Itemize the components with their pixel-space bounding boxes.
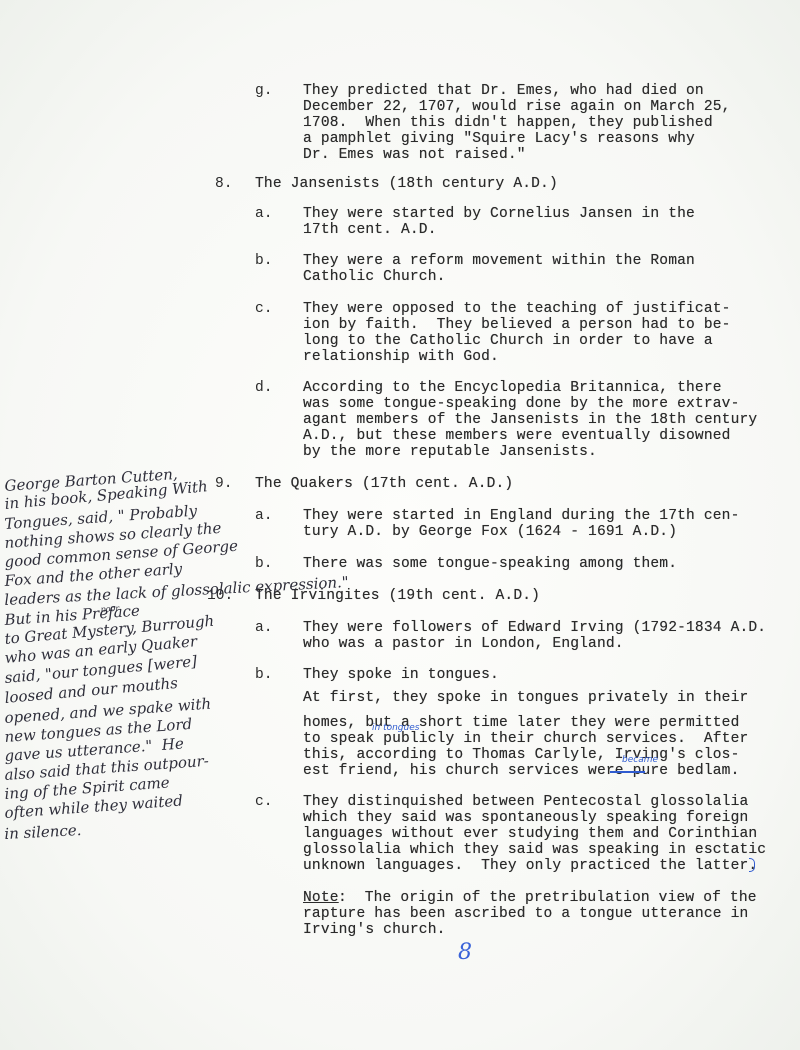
- quakers-b-line-1: There was some tongue-speaking among the…: [303, 556, 677, 572]
- jansenists-d-line-2: was some tongue-speaking done by the mor…: [303, 396, 739, 412]
- irvingites-c-line-2: which they said was spontaneously speaki…: [303, 810, 748, 826]
- item-marker: b.: [255, 667, 273, 683]
- jansenists-c-line-3: long to the Catholic Church in order to …: [303, 333, 713, 349]
- irvingites-para-line-1: At first, they spoke in tongues privatel…: [303, 690, 748, 706]
- strikethrough-mark: [610, 771, 645, 773]
- item-g-line-4: a pamphlet giving "Squire Lacy's reasons…: [303, 131, 695, 147]
- note-line-2: rapture has been ascribed to a tongue ut…: [303, 906, 748, 922]
- item-marker-g: g.: [255, 83, 273, 99]
- handwritten-insert-became: became: [622, 755, 658, 765]
- quakers-a-line-1: They were started in England during the …: [303, 508, 739, 524]
- jansenists-c-line-1: They were opposed to the teaching of jus…: [303, 301, 731, 317]
- section-heading-jansenists: The Jansenists (18th century A.D.): [255, 176, 558, 192]
- jansenists-b-line-2: Catholic Church.: [303, 269, 446, 285]
- margin-note-line: in silence.: [4, 822, 82, 843]
- irvingites-para-line-4: this, according to Thomas Carlyle, Irvin…: [303, 747, 739, 763]
- irvingites-c-line-4: glossolalia which they said was speaking…: [303, 842, 766, 858]
- irvingites-a-line-1: They were followers of Edward Irving (17…: [303, 620, 766, 636]
- item-marker: a.: [255, 206, 273, 222]
- note-label: Note: [303, 890, 339, 906]
- item-g-line-5: Dr. Emes was not raised.": [303, 147, 526, 163]
- irvingites-c-line-5: unknown languages. They only practiced t…: [303, 858, 757, 874]
- irvingites-para-line-3: to speak publicly in their church servic…: [303, 731, 748, 747]
- item-g-line-2: December 22, 1707, would rise again on M…: [303, 99, 731, 115]
- jansenists-b-line-1: They were a reform movement within the R…: [303, 253, 695, 269]
- jansenists-c-line-2: ion by faith. They believed a person had…: [303, 317, 731, 333]
- item-marker: c.: [255, 794, 273, 810]
- irvingites-para-line-5: est friend, his church services were pur…: [303, 763, 739, 779]
- item-marker: a.: [255, 620, 273, 636]
- jansenists-d-line-4: A.D., but these members were eventually …: [303, 428, 731, 444]
- irvingites-c-line-3: languages without ever studying them and…: [303, 826, 757, 842]
- jansenists-d-line-1: According to the Encyclopedia Britannica…: [303, 380, 722, 396]
- quakers-a-line-2: tury A.D. by George Fox (1624 - 1691 A.D…: [303, 524, 677, 540]
- handwritten-insert-poor: poor: [100, 600, 120, 618]
- note-line-1: : The origin of the pretribulation view …: [338, 890, 757, 906]
- irvingites-c-line-1: They distinquished between Pentecostal g…: [303, 794, 748, 810]
- jansenists-a-line-1: They were started by Cornelius Jansen in…: [303, 206, 695, 222]
- item-g-line-3: 1708. When this didn't happen, they publ…: [303, 115, 713, 131]
- note-line-3: Irving's church.: [303, 922, 446, 938]
- section-number-9: 9.: [215, 476, 233, 492]
- item-marker: b.: [255, 253, 273, 269]
- jansenists-c-line-4: relationship with God.: [303, 349, 499, 365]
- item-marker: a.: [255, 508, 273, 524]
- section-number-8: 8.: [215, 176, 233, 192]
- irvingites-para-line-2: homes, but a short time later they were …: [303, 715, 739, 731]
- item-marker: b.: [255, 556, 273, 572]
- jansenists-d-line-5: by the more reputable Jansenists.: [303, 444, 597, 460]
- jansenists-d-line-3: agant members of the Jansenists in the 1…: [303, 412, 757, 428]
- item-marker: d.: [255, 380, 273, 396]
- page-number: 8: [458, 940, 472, 965]
- document-page: g. They predicted that Dr. Emes, who had…: [0, 0, 800, 1050]
- irvingites-a-line-2: who was a pastor in London, England.: [303, 636, 624, 652]
- jansenists-a-line-2: 17th cent. A.D.: [303, 222, 437, 238]
- section-heading-quakers: The Quakers (17th cent. A.D.): [255, 476, 513, 492]
- handwritten-insert-in-tongues: in tongues: [372, 723, 419, 733]
- item-marker: c.: [255, 301, 273, 317]
- irvingites-b-line-1: They spoke in tongues.: [303, 667, 499, 683]
- item-g-line-1: They predicted that Dr. Emes, who had di…: [303, 83, 704, 99]
